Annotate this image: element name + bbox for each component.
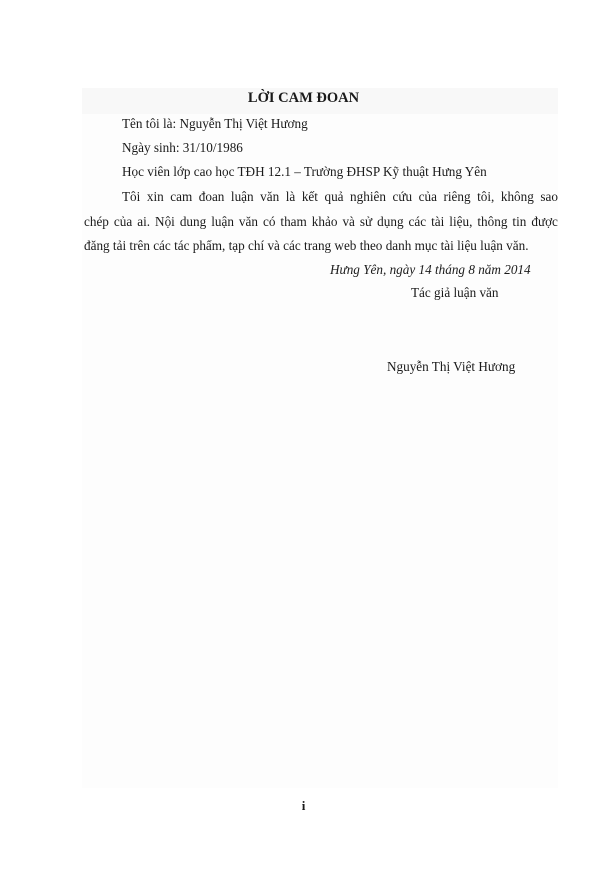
date-of-birth-line: Ngày sinh: 31/10/1986 — [122, 140, 243, 156]
class-line: Học viên lớp cao học TĐH 12.1 – Trường Đ… — [122, 164, 487, 180]
paragraph-line-3: đăng tải trên các tác phẩm, tạp chí và c… — [84, 238, 558, 254]
author-label: Tác giả luận văn — [411, 285, 499, 301]
author-name: Nguyễn Thị Việt Hương — [387, 359, 515, 375]
place-date: Hưng Yên, ngày 14 tháng 8 năm 2014 — [330, 262, 531, 278]
paragraph-line-2: chépcủaai.Nộidungluậnvăncóthamkhảovàsửdụ… — [84, 214, 558, 230]
page-number: i — [0, 798, 607, 814]
name-line: Tên tôi là: Nguyễn Thị Việt Hương — [122, 116, 308, 132]
document-page: LỜI CAM ĐOAN Tên tôi là: Nguyễn Thị Việt… — [0, 0, 607, 872]
paragraph-line-1: Tôixincamđoanluậnvănlàkếtquảnghiêncứucủa… — [122, 189, 558, 205]
document-title: LỜI CAM ĐOAN — [0, 89, 607, 107]
